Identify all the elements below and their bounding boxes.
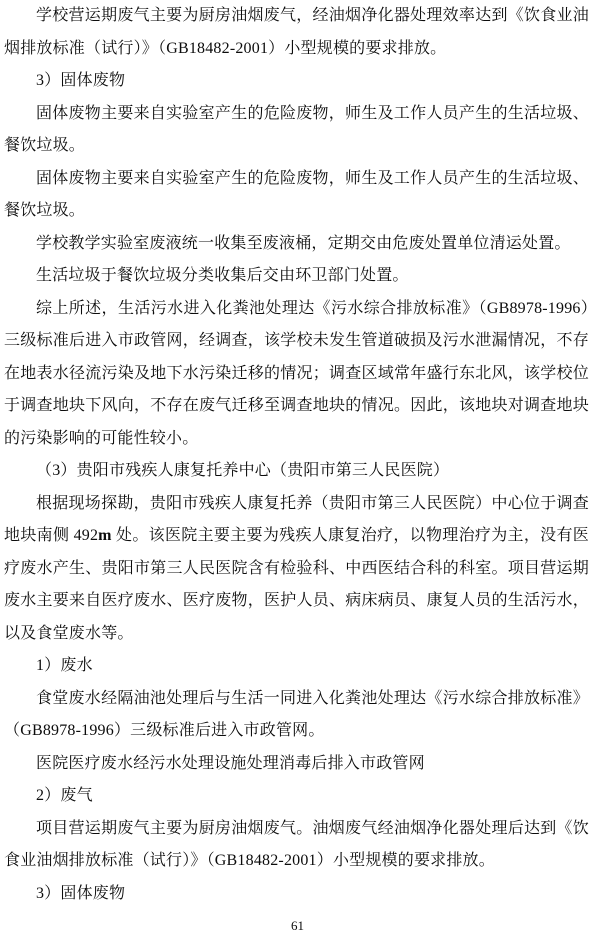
paragraph: 学校营运期废气主要为厨房油烟废气，经油烟净化器处理效率达到《饮食业油烟排放标准（…: [4, 0, 589, 65]
document-body: 学校营运期废气主要为厨房油烟废气，经油烟净化器处理效率达到《饮食业油烟排放标准（…: [0, 0, 595, 910]
paragraph: 3）固体废物: [4, 878, 589, 911]
paragraph-text: 3）固体废物: [36, 72, 125, 89]
page-number: 61: [291, 918, 304, 933]
paragraph-text: 生活垃圾于餐饮垃圾分类收集后交由环卫部门处置。: [36, 267, 409, 284]
paragraph-text: 3）固体废物: [36, 885, 125, 902]
paragraph-text: 固体废物主要来自实验室产生的危险废物，师生及工作人员产生的生活垃圾、餐饮垃圾。: [4, 170, 589, 220]
paragraph: 医院医疗废水经污水处理设施处理消毒后排入市政管网: [4, 748, 589, 781]
paragraph-text-bold: m: [98, 527, 112, 544]
paragraph-text: 2）废气: [36, 787, 93, 804]
document-page: 学校营运期废气主要为厨房油烟废气，经油烟净化器处理效率达到《饮食业油烟排放标准（…: [0, 0, 595, 942]
paragraph-text: 学校教学实验室废液统一收集至废液桶，定期交由危废处置单位清运处置。: [36, 235, 571, 252]
page-footer: 61: [0, 917, 595, 935]
paragraph: 生活垃圾于餐饮垃圾分类收集后交由环卫部门处置。: [4, 260, 589, 293]
paragraph-text: 项目营运期废气主要为厨房油烟废气。油烟废气经油烟净化器处理后达到《饮食业油烟排放…: [4, 820, 589, 870]
paragraph-text: 食堂废水经隔油池处理后与生活一同进入化粪池处理达《污水综合排放标准》（GB897…: [4, 690, 589, 740]
paragraph: 综上所述，生活污水进入化粪池处理达《污水综合排放标准》（GB8978-1996）…: [4, 293, 589, 456]
paragraph-text: 处。该医院主要主要为残疾人康复治疗，以物理治疗为主，没有医疗废水产生、贵阳市第三…: [4, 527, 589, 642]
paragraph: 2）废气: [4, 780, 589, 813]
paragraph: 学校教学实验室废液统一收集至废液桶，定期交由危废处置单位清运处置。: [4, 228, 589, 261]
paragraph-text: 医院医疗废水经污水处理设施处理消毒后排入市政管网: [36, 755, 425, 772]
paragraph: 项目营运期废气主要为厨房油烟废气。油烟废气经油烟净化器处理后达到《饮食业油烟排放…: [4, 813, 589, 878]
paragraph: （3）贵阳市残疾人康复托养中心（贵阳市第三人民医院）: [4, 455, 589, 488]
paragraph-text: 固体废物主要来自实验室产生的危险废物，师生及工作人员产生的生活垃圾、餐饮垃圾。: [4, 105, 589, 155]
paragraph: 根据现场探勘，贵阳市残疾人康复托养（贵阳市第三人民医院）中心位于调查地块南侧 4…: [4, 488, 589, 651]
paragraph-text: 综上所述，生活污水进入化粪池处理达《污水综合排放标准》（GB8978-1996）…: [4, 300, 589, 447]
paragraph: 食堂废水经隔油池处理后与生活一同进入化粪池处理达《污水综合排放标准》（GB897…: [4, 683, 589, 748]
paragraph: 固体废物主要来自实验室产生的危险废物，师生及工作人员产生的生活垃圾、餐饮垃圾。: [4, 98, 589, 163]
paragraph: 1）废水: [4, 650, 589, 683]
paragraph-text: 1）废水: [36, 657, 93, 674]
paragraph: 固体废物主要来自实验室产生的危险废物，师生及工作人员产生的生活垃圾、餐饮垃圾。: [4, 163, 589, 228]
paragraph: 3）固体废物: [4, 65, 589, 98]
paragraph-text: （3）贵阳市残疾人康复托养中心（贵阳市第三人民医院）: [36, 462, 449, 479]
paragraph-text: 学校营运期废气主要为厨房油烟废气，经油烟净化器处理效率达到《饮食业油烟排放标准（…: [4, 7, 589, 57]
